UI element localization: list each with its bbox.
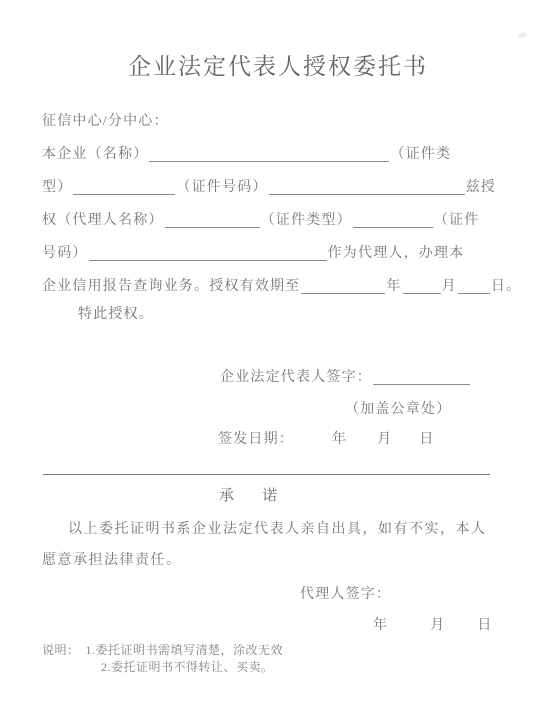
agent-day-label: 日 — [477, 616, 492, 635]
cert-type-label-part2: 型） — [42, 178, 72, 197]
agent-name-blank — [165, 211, 260, 228]
issue-year-label: 年 — [332, 430, 347, 449]
agent-signature-label: 代理人签字： — [300, 585, 391, 604]
notes-line-1: 说明： 1.委托证明书需填写清楚，涂改无效 — [42, 643, 283, 658]
company-name-blank — [149, 145, 389, 162]
issue-month-label: 月 — [377, 430, 392, 449]
validity-text: 企业信用报告查询业务。授权有效期至 — [42, 277, 300, 296]
promise-heading: 承 诺 — [219, 487, 278, 506]
legal-rep-signature-label: 企业法定代表人签字： — [220, 368, 372, 387]
legal-rep-signature-line: 企业法定代表人签字： — [220, 368, 471, 387]
salutation-line: 征信中心/分中心： — [42, 112, 169, 131]
agent-cert-type-label: （证件类型） — [261, 211, 352, 230]
issue-day-label: 日 — [419, 430, 434, 449]
valid-month-blank — [403, 277, 441, 294]
agent-cert-number-label-part2: 号码） — [42, 244, 88, 263]
form-line-1: 本企业（名称） （证件类 — [42, 145, 451, 164]
agent-signature-line: 代理人签字： — [300, 585, 391, 604]
salutation-text: 征信中心/分中心： — [42, 112, 169, 131]
year-label: 年 — [386, 277, 401, 296]
promise-text-2: 愿意承担法律责任。 — [42, 551, 182, 570]
agent-cert-number-label-part1: （证件 — [434, 211, 480, 230]
cert-number-blank — [269, 178, 465, 195]
note-item-1: 1.委托证明书需填写清楚，涂改无效 — [86, 643, 284, 658]
agent-date-line: 年 月 日 — [373, 616, 493, 635]
agent-cert-type-blank — [353, 211, 433, 228]
issue-date-line: 签发日期： 年 月 日 — [218, 430, 435, 449]
notes-line-2: 2.委托证明书不得转让、买卖。 — [101, 660, 274, 675]
valid-day-blank — [458, 277, 490, 294]
agent-name-label: 权（代理人名称） — [42, 211, 164, 230]
scan-artifact — [518, 31, 528, 38]
seal-note-text: （加盖公章处） — [345, 400, 451, 419]
promise-line-1: 以上委托证明书系企业法定代表人亲自出具，如有不实，本人 — [68, 520, 487, 539]
authorization-letter-page: 企业法定代表人授权委托书 征信中心/分中心： 本企业（名称） （证件类 型） （… — [0, 0, 556, 713]
cert-type-label-part1: （证件类 — [390, 145, 451, 164]
form-line-5: 企业信用报告查询业务。授权有效期至 年 月 日。 — [42, 277, 521, 296]
agent-month-label: 月 — [430, 616, 445, 635]
promise-text-1: 以上委托证明书系企业法定代表人亲自出具，如有不实，本人 — [68, 520, 487, 539]
promise-heading-char1: 承 — [219, 487, 235, 506]
document-title: 企业法定代表人授权委托书 — [0, 48, 556, 81]
form-line-4: 号码） 作为代理人，办理本 — [42, 244, 464, 263]
form-line-6: 特此授权。 — [78, 305, 154, 324]
form-line-2: 型） （证件号码） 兹授 — [42, 178, 496, 197]
hereby-authorize-text: 兹授 — [466, 178, 496, 197]
form-line-3: 权（代理人名称） （证件类型） （证件 — [42, 211, 479, 230]
notes-label: 说明： — [42, 643, 80, 658]
cert-number-label: （证件号码） — [176, 178, 267, 197]
agent-year-label: 年 — [373, 616, 388, 635]
legal-rep-signature-blank — [373, 368, 470, 385]
cert-type-blank — [73, 178, 175, 195]
section-divider — [43, 474, 490, 475]
day-label: 日。 — [491, 277, 521, 296]
agent-cert-number-blank — [89, 244, 327, 261]
note-item-2: 2.委托证明书不得转让、买卖。 — [101, 660, 274, 675]
promise-heading-char2: 诺 — [262, 487, 278, 506]
issue-date-label: 签发日期： — [218, 430, 294, 449]
promise-line-2: 愿意承担法律责任。 — [42, 551, 182, 570]
seal-note-line: （加盖公章处） — [345, 400, 451, 419]
hereby-authorized-text: 特此授权。 — [78, 305, 154, 324]
valid-year-blank — [301, 277, 385, 294]
as-agent-text: 作为代理人，办理本 — [328, 244, 465, 263]
month-label: 月 — [442, 277, 457, 296]
company-name-label: 本企业（名称） — [42, 145, 148, 164]
